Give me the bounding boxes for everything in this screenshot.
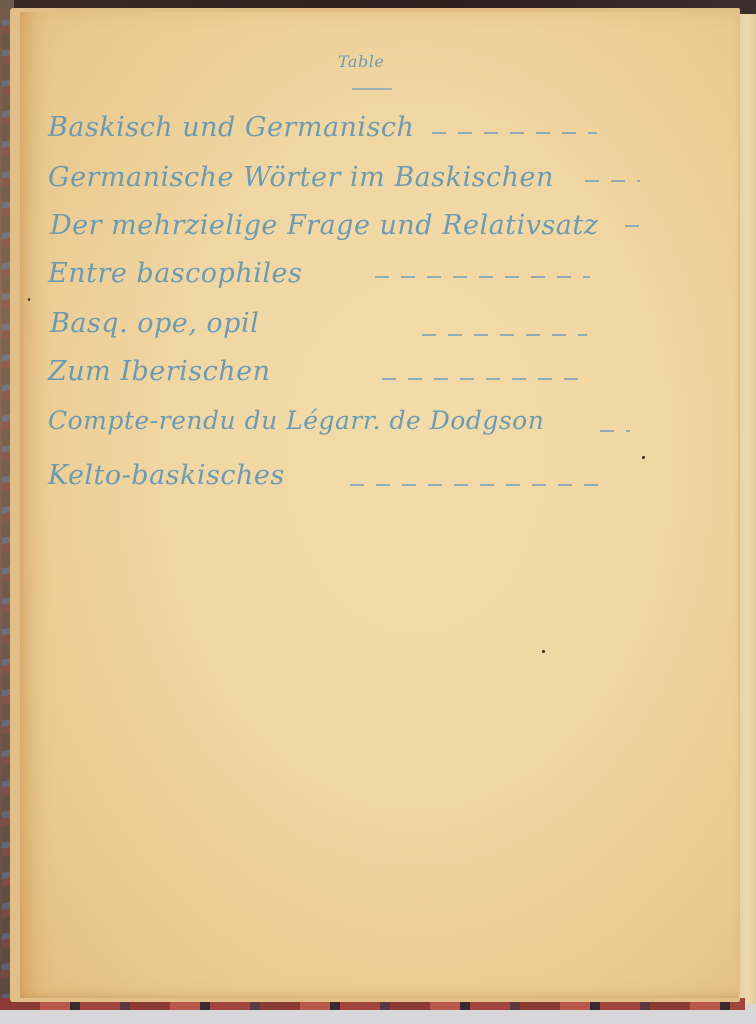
toc-entry: Kelto-baskisches: [48, 460, 285, 491]
toc-leader-dashes: [422, 334, 587, 336]
toc-leader-dashes: [375, 276, 590, 278]
toc-entry: Der mehrzielige Frage und Relativsatz: [50, 210, 598, 241]
toc-leader-dashes: [600, 430, 630, 432]
toc-entry: Entre bascophiles: [48, 258, 302, 289]
adjacent-page-edge: [738, 14, 756, 1004]
toc-entry: Germanische Wörter im Baskischen: [48, 162, 554, 193]
toc-leader-dashes: [350, 484, 600, 486]
paper-spot: [542, 650, 545, 653]
toc-leader-dashes: [432, 132, 597, 134]
toc-leader-dashes: [625, 225, 645, 227]
toc-entry: Baskisch und Germanisch: [48, 112, 414, 143]
title-underline: [352, 88, 392, 90]
toc-entry: Zum Iberischen: [48, 356, 271, 387]
scan-background: [0, 1010, 756, 1024]
toc-leader-dashes: [382, 378, 590, 380]
paper-spot: [642, 456, 645, 459]
toc-entry: Compte-rendu du Légarr. de Dodgson: [48, 406, 544, 435]
toc-leader-dashes: [585, 180, 640, 182]
manuscript-page: Table Baskisch und Germanisch Germanisch…: [20, 12, 738, 998]
paper-spot: [28, 298, 30, 301]
toc-entry: Basq. ope, opil: [50, 308, 259, 339]
page-title: Table: [338, 52, 384, 71]
